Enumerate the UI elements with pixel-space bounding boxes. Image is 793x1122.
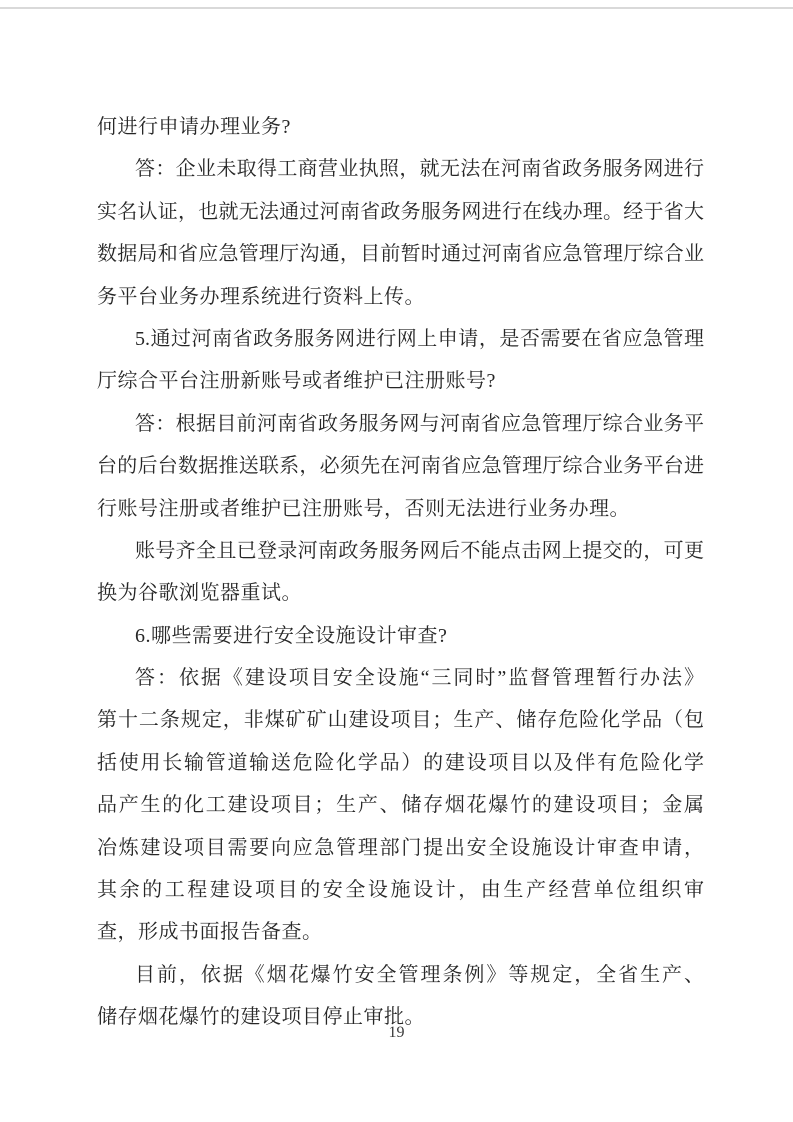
- text-line: 答：企业未取得工商营业执照，就无法在河南省政务服务网进行: [97, 148, 704, 190]
- page-number: 19: [0, 1022, 793, 1044]
- text-line: 括使用长输管道输送危险化学品）的建设项目以及伴有危险化学: [97, 742, 704, 784]
- text-line: 答：依据《建设项目安全设施“三同时”监督管理暂行办法》: [97, 657, 704, 699]
- text-line: 冶炼建设项目需要向应急管理部门提出安全设施设计审查申请，: [97, 827, 704, 869]
- text-line: 实名认证，也就无法通过河南省政务服务网进行在线办理。经于省大: [97, 191, 704, 233]
- document-body: 何进行申请办理业务?答：企业未取得工商营业执照，就无法在河南省政务服务网进行实名…: [97, 106, 704, 1039]
- text-line: 何进行申请办理业务?: [97, 106, 704, 148]
- text-line: 答：根据目前河南省政务服务网与河南省应急管理厅综合业务平: [97, 403, 704, 445]
- text-line: 务平台业务办理系统进行资料上传。: [97, 276, 704, 318]
- text-line: 台的后台数据推送联系，必须先在河南省应急管理厅综合业务平台进: [97, 445, 704, 487]
- text-line: 其余的工程建设项目的安全设施设计，由生产经营单位组织审: [97, 869, 704, 911]
- page-top-edge-line: [0, 7, 793, 9]
- text-line: 查，形成书面报告备查。: [97, 911, 704, 953]
- text-line: 5.通过河南省政务服务网进行网上申请，是否需要在省应急管理: [97, 318, 704, 360]
- text-line: 数据局和省应急管理厅沟通，目前暂时通过河南省应急管理厅综合业: [97, 233, 704, 275]
- text-line: 第十二条规定，非煤矿矿山建设项目；生产、储存危险化学品（包: [97, 699, 704, 741]
- text-line: 账号齐全且已登录河南政务服务网后不能点击网上提交的，可更: [97, 530, 704, 572]
- text-line: 行账号注册或者维护已注册账号，否则无法进行业务办理。: [97, 488, 704, 530]
- text-line: 目前，依据《烟花爆竹安全管理条例》等规定，全省生产、: [97, 954, 704, 996]
- document-page: 何进行申请办理业务?答：企业未取得工商营业执照，就无法在河南省政务服务网进行实名…: [0, 0, 793, 1122]
- text-line: 换为谷歌浏览器重试。: [97, 572, 704, 614]
- text-line: 厅综合平台注册新账号或者维护已注册账号?: [97, 360, 704, 402]
- text-line: 6.哪些需要进行安全设施设计审查?: [97, 615, 704, 657]
- text-line: 品产生的化工建设项目；生产、储存烟花爆竹的建设项目；金属: [97, 784, 704, 826]
